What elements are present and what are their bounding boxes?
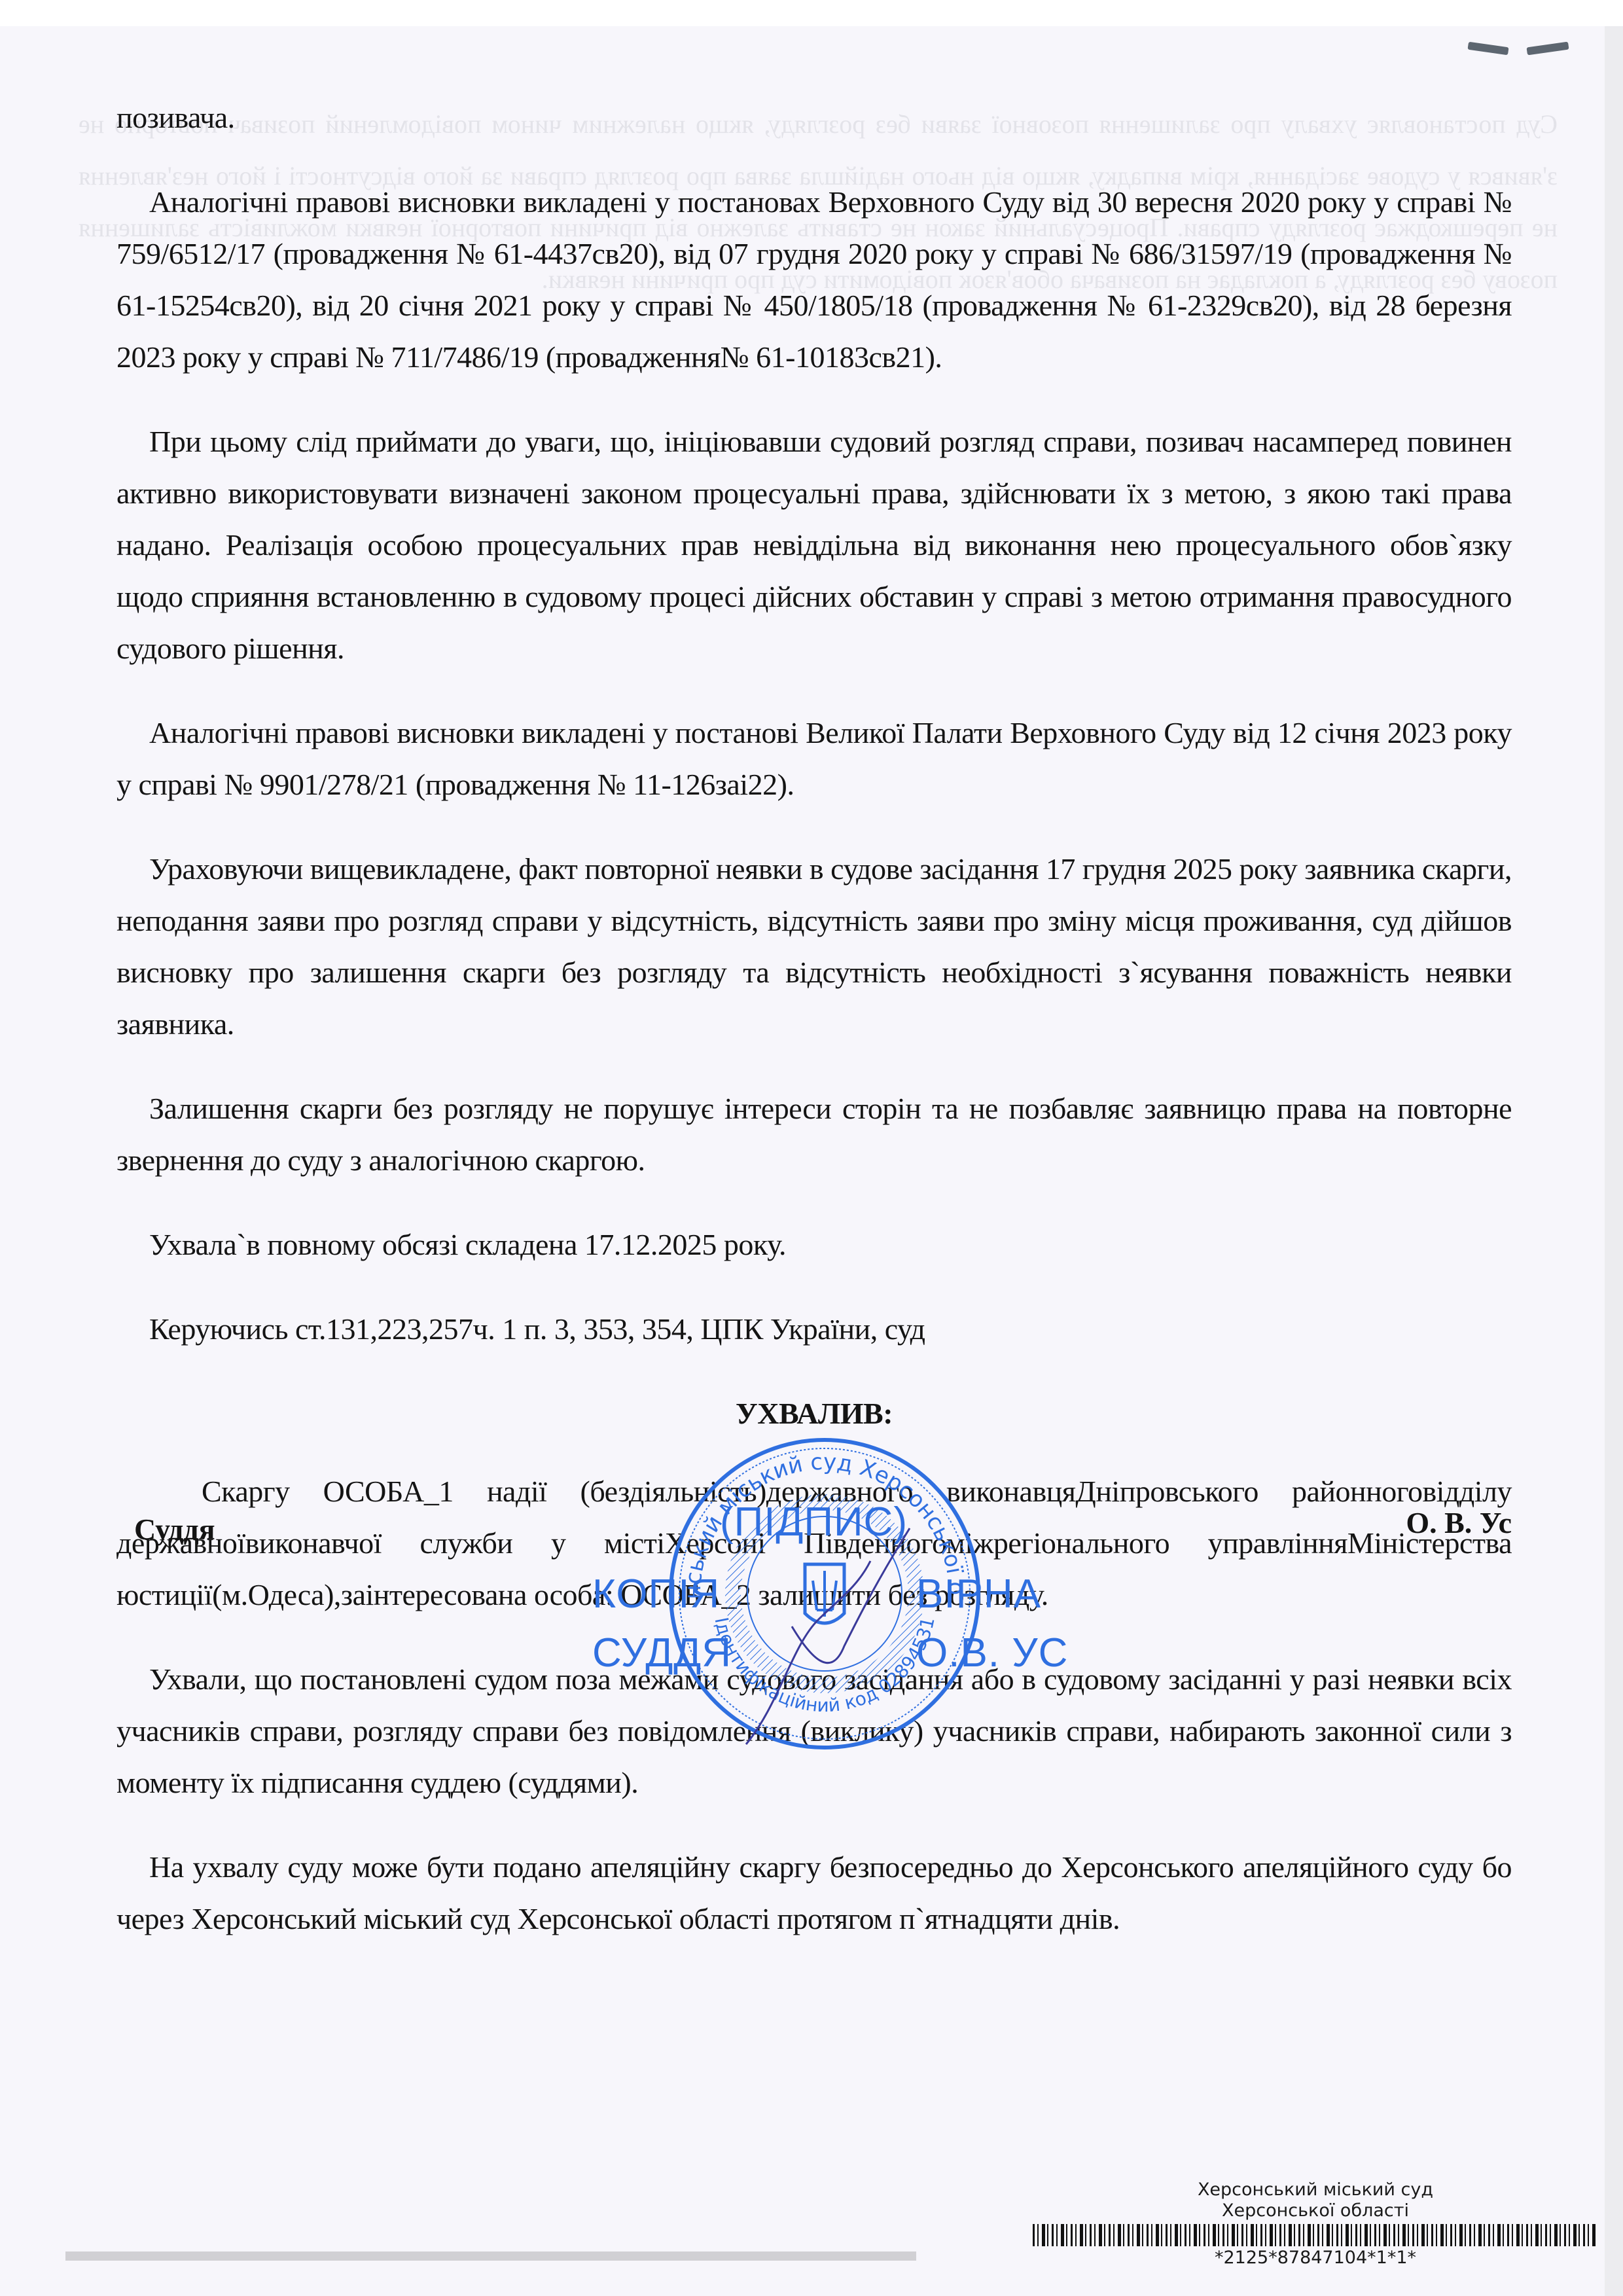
paragraph: Залишення скарги без розгляду не порушує…: [116, 1083, 1512, 1186]
stamp-overlay-text: О.В. УС: [916, 1630, 1068, 1676]
judge-name: О. В. Ус: [1406, 1505, 1512, 1540]
stamp-overlay-text: СУДДЯ: [592, 1630, 732, 1676]
paragraph: При цьому слід приймати до уваги, що, ін…: [116, 416, 1512, 674]
stamp-overlay-text: (ПІДПИС): [720, 1499, 908, 1545]
page-edge: [1605, 26, 1623, 2296]
court-region-line: Херсонської області: [1021, 2200, 1610, 2221]
paragraph: Аналогічні правові висновки викладені у …: [116, 176, 1512, 383]
paragraph: Аналогічні правові висновки викладені у …: [116, 707, 1512, 810]
stamp-overlay-text: ВІРНА: [916, 1571, 1041, 1617]
paragraph: позивача.: [116, 92, 1512, 143]
stamp-overlay-text: КОПІЯ: [592, 1571, 720, 1617]
paragraph: Ураховуючи вищевикладене, факт повторної…: [116, 843, 1512, 1050]
bleed-through-line: [65, 2251, 916, 2261]
judge-label: Суддя: [134, 1512, 215, 1547]
paragraph: Ухвала`в повному обсязі складена 17.12.2…: [116, 1219, 1512, 1270]
barcode-text: *2125*87847104*1*1*: [1021, 2248, 1610, 2269]
decision-paragraph: На ухвалу суду може бути подано апеляцій…: [116, 1841, 1512, 1945]
court-footer: Херсонський міський суд Херсонської обла…: [1021, 2179, 1610, 2269]
court-name-line: Херсонський міський суд: [1021, 2179, 1610, 2200]
paragraph: Керуючись ст.131,223,257ч. 1 п. 3, 353, …: [116, 1303, 1512, 1355]
barcode-icon: [1033, 2224, 1596, 2246]
